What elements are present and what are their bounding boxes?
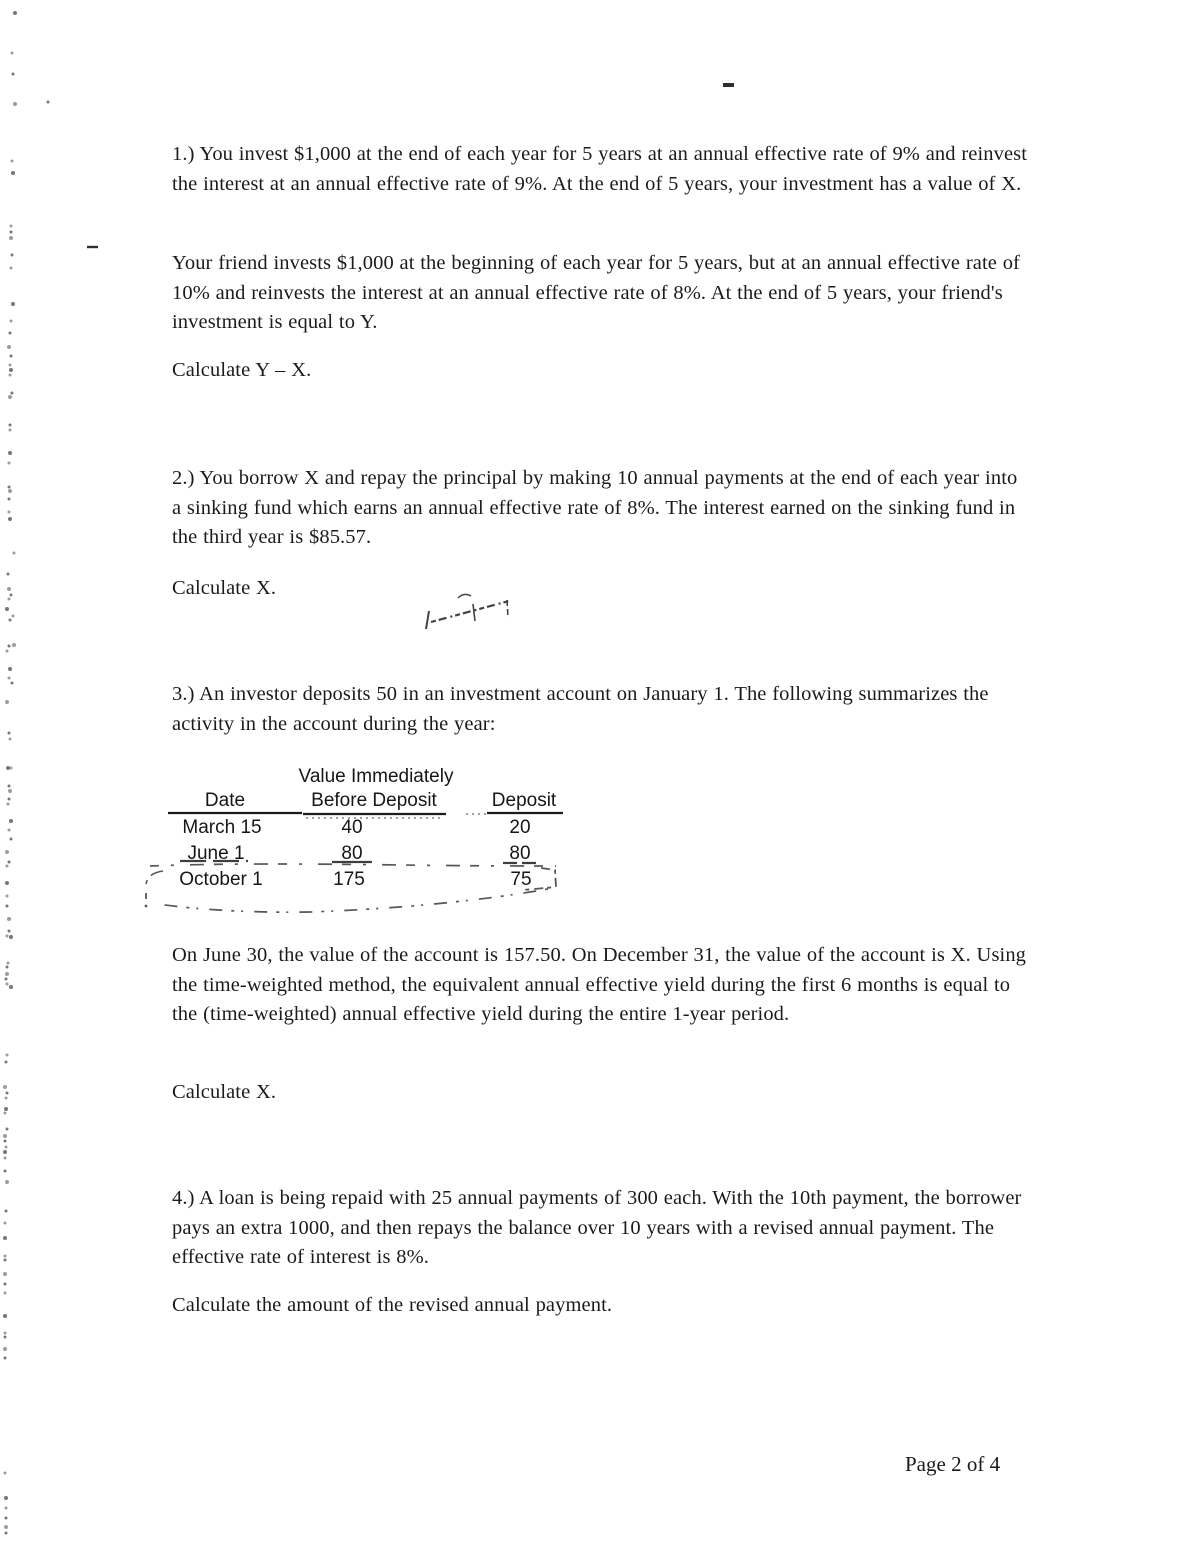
problem-4-prompt: Calculate the amount of the revised annu… [172,1291,1032,1321]
problem-1-paragraph-2: Your friend invests $1,000 at the beginn… [172,249,1032,338]
table-cell-value-1: 80 [341,843,362,865]
table-cell-deposit-2: 75 [510,869,531,891]
page-number-footer: Page 2 of 4 [905,1452,1000,1477]
table-cell-value-0: 40 [341,817,362,839]
problem-3-paragraph-2: On June 30, the value of the account is … [172,941,1032,1030]
table-header-value: Before Deposit [311,790,437,812]
problem-3-prompt: Calculate X. [172,1078,1032,1108]
scanned-document-page: 1.) You invest $1,000 at the end of each… [0,0,1200,1553]
table-cell-deposit-0: 20 [509,817,530,839]
table-header-date: Date [205,790,245,812]
problem-2-prompt: Calculate X. [172,574,1032,604]
problem-1-paragraph-1: 1.) You invest $1,000 at the end of each… [172,140,1032,199]
problem-3-paragraph-1: 3.) An investor deposits 50 in an invest… [172,680,1032,739]
table-header-deposit: Deposit [492,790,556,812]
table-cell-deposit-1: 80 [509,843,530,865]
problem-4-paragraph-1: 4.) A loan is being repaid with 25 annua… [172,1184,1032,1273]
table-cell-date-2: October 1 [179,869,262,891]
pencil-header-dots [306,814,486,818]
problem-2-paragraph-1: 2.) You borrow X and repay the principal… [172,464,1032,553]
table-cell-value-2: 175 [333,869,365,891]
table-header-value-line1: Value Immediately [299,766,454,788]
problem-1-prompt: Calculate Y – X. [172,356,1032,386]
table-cell-date-0: March 15 [182,817,261,839]
table-cell-date-1: June 1 [187,843,244,865]
margin-speckles [3,11,50,1535]
table-header-rules [168,813,563,814]
